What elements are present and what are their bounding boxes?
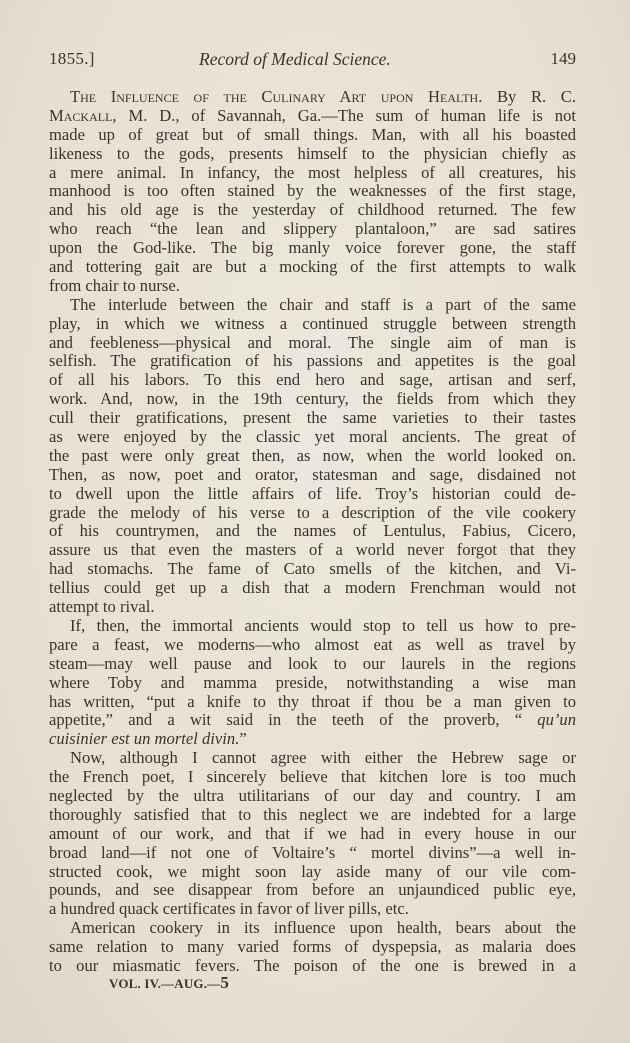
text-line: neglected by the ultra utilitarians of o… [49,787,576,806]
small-caps-text: Mackall [49,106,112,125]
text-line: thoroughly satisfied that to this neglec… [49,806,576,825]
signature-mark: VOL. IV.—AUG.—5 [109,973,229,993]
text-run: the French poet, I sincerely believe tha… [49,767,576,786]
text-run: from chair to nurse. [49,276,180,295]
text-line: to dwell upon the little affairs of life… [49,485,576,504]
text-line: the French poet, I sincerely believe tha… [49,768,576,787]
text-line: and feebleness—physical and moral. The s… [49,334,576,353]
text-line: The interlude between the chair and staf… [49,296,576,315]
text-line: of all his labors. To this end hero and … [49,371,576,390]
text-run: pare a feast, we moderns—who almost eat … [49,635,576,654]
text-run: If, then, the immortal ancients would st… [70,616,576,635]
text-line: upon the God-like. The big manly voice f… [49,239,576,258]
text-line: Then, as now, poet and orator, statesman… [49,466,576,485]
signature-volume-text: VOL. IV.—AUG.— [109,976,220,991]
text-line: attempt to rival. [49,598,576,617]
page-number: 149 [551,49,577,69]
small-caps-text: The Influence of the Culinary Art upon H… [70,87,482,106]
running-head-journal-title: Record of Medical Science. [199,49,391,70]
article-body: The Influence of the Culinary Art upon H… [49,88,576,976]
text-line: who reach “the lean and slippery plantal… [49,220,576,239]
text-run: and feebleness—physical and moral. The s… [49,333,576,352]
text-line: steam—may well pause and look to our lau… [49,655,576,674]
text-line: as were enjoyed by the classic yet moral… [49,428,576,447]
text-run: Then, as now, poet and orator, statesman… [49,465,576,484]
text-run: the past were only great then, as now, w… [49,446,576,465]
text-run: neglected by the ultra utilitarians of o… [49,786,576,805]
text-run: of all his labors. To this end hero and … [49,370,576,389]
text-line: Now, although I cannot agree with either… [49,749,576,768]
text-run: , M. D., of Savannah, Ga.—The sum of hum… [112,106,576,125]
text-run: manhood is too often stained by the weak… [49,181,576,200]
text-run: to dwell upon the little affairs of life… [49,484,576,503]
text-line: and his old age is the yesterday of chil… [49,201,576,220]
text-run: and tottering gait are but a mocking of … [49,257,576,276]
text-line: American cookery in its influence upon h… [49,919,576,938]
text-line: where Toby and mamma preside, notwithsta… [49,674,576,693]
text-line: selfish. The gratification of his passio… [49,352,576,371]
text-line: work. And, now, in the 19th century, the… [49,390,576,409]
text-line: a hundred quack certificates in favor of… [49,900,576,919]
text-run: By R. C. [482,87,576,106]
text-line: from chair to nurse. [49,277,576,296]
text-run: work. And, now, in the 19th century, the… [49,389,576,408]
text-run: had stomachs. The fame of Cato smells of… [49,559,576,578]
text-run: has written, “put a knife to thy throat … [49,692,576,711]
text-run: grade the melody of his verse to a descr… [49,503,576,522]
text-line: cull their gratifications, present the s… [49,409,576,428]
text-run: made up of great but of small things. Ma… [49,125,576,144]
italic-text: qu’un [537,710,576,729]
running-head-year: 1855.] [49,49,95,69]
text-run: where Toby and mamma preside, notwithsta… [49,673,576,692]
text-run: appetite,” and a wit said in the teeth o… [49,710,537,729]
text-run: same relation to many varied forms of dy… [49,937,576,956]
text-line: manhood is too often stained by the weak… [49,182,576,201]
text-run: American cookery in its influence upon h… [70,918,576,937]
text-run: thoroughly satisfied that to this neglec… [49,805,576,824]
text-line: The Influence of the Culinary Art upon H… [49,88,576,107]
text-line: If, then, the immortal ancients would st… [49,617,576,636]
text-run: broad land—if not one of Voltaire’s “ mo… [49,843,576,862]
text-run: who reach “the lean and slippery plantal… [49,219,576,238]
text-run: cull their gratifications, present the s… [49,408,576,427]
text-line: and tottering gait are but a mocking of … [49,258,576,277]
text-line: tellius could get up a dish that a moder… [49,579,576,598]
text-run: amount of our work, and that if we had i… [49,824,576,843]
text-run: selfish. The gratification of his passio… [49,351,576,370]
text-line: a mere animal. In infancy, the most help… [49,164,576,183]
text-run: Now, although I cannot agree with either… [70,748,576,767]
text-run: attempt to rival. [49,597,155,616]
text-line: likeness to the gods, presents himself t… [49,145,576,164]
text-line: same relation to many varied forms of dy… [49,938,576,957]
text-run: likeness to the gods, presents himself t… [49,144,576,163]
italic-text: cuisinier est un mortel divin. [49,729,239,748]
text-run: of his countrymen, and the names of Lent… [49,521,576,540]
text-line: structed cook, we might soon lay aside m… [49,863,576,882]
text-run: a hundred quack certificates in favor of… [49,899,409,918]
text-line: assure us that even the masters of a wor… [49,541,576,560]
signature-number: 5 [220,973,229,992]
text-line: has written, “put a knife to thy throat … [49,693,576,712]
text-run: The interlude between the chair and staf… [70,295,576,314]
text-run: ” [239,729,246,748]
text-line: had stomachs. The fame of Cato smells of… [49,560,576,579]
text-line: pare a feast, we moderns—who almost eat … [49,636,576,655]
text-run: tellius could get up a dish that a moder… [49,578,576,597]
text-run: assure us that even the masters of a wor… [49,540,576,559]
text-line: cuisinier est un mortel divin.” [49,730,576,749]
text-line: broad land—if not one of Voltaire’s “ mo… [49,844,576,863]
text-line: pounds, and see disappear from before an… [49,881,576,900]
text-run: a mere animal. In infancy, the most help… [49,163,576,182]
text-line: Mackall, M. D., of Savannah, Ga.—The sum… [49,107,576,126]
running-head: 1855.] Record of Medical Science. 149 [49,49,576,73]
text-line: amount of our work, and that if we had i… [49,825,576,844]
text-line: play, in which we witness a continued st… [49,315,576,334]
text-run: structed cook, we might soon lay aside m… [49,862,576,881]
text-run: upon the God-like. The big manly voice f… [49,238,576,257]
text-run: and his old age is the yesterday of chil… [49,200,576,219]
text-run: pounds, and see disappear from before an… [49,880,576,899]
text-line: made up of great but of small things. Ma… [49,126,576,145]
text-line: appetite,” and a wit said in the teeth o… [49,711,576,730]
text-run: as were enjoyed by the classic yet moral… [49,427,576,446]
text-line: the past were only great then, as now, w… [49,447,576,466]
text-run: play, in which we witness a continued st… [49,314,576,333]
text-line: grade the melody of his verse to a descr… [49,504,576,523]
text-run: steam—may well pause and look to our lau… [49,654,576,673]
text-line: of his countrymen, and the names of Lent… [49,522,576,541]
